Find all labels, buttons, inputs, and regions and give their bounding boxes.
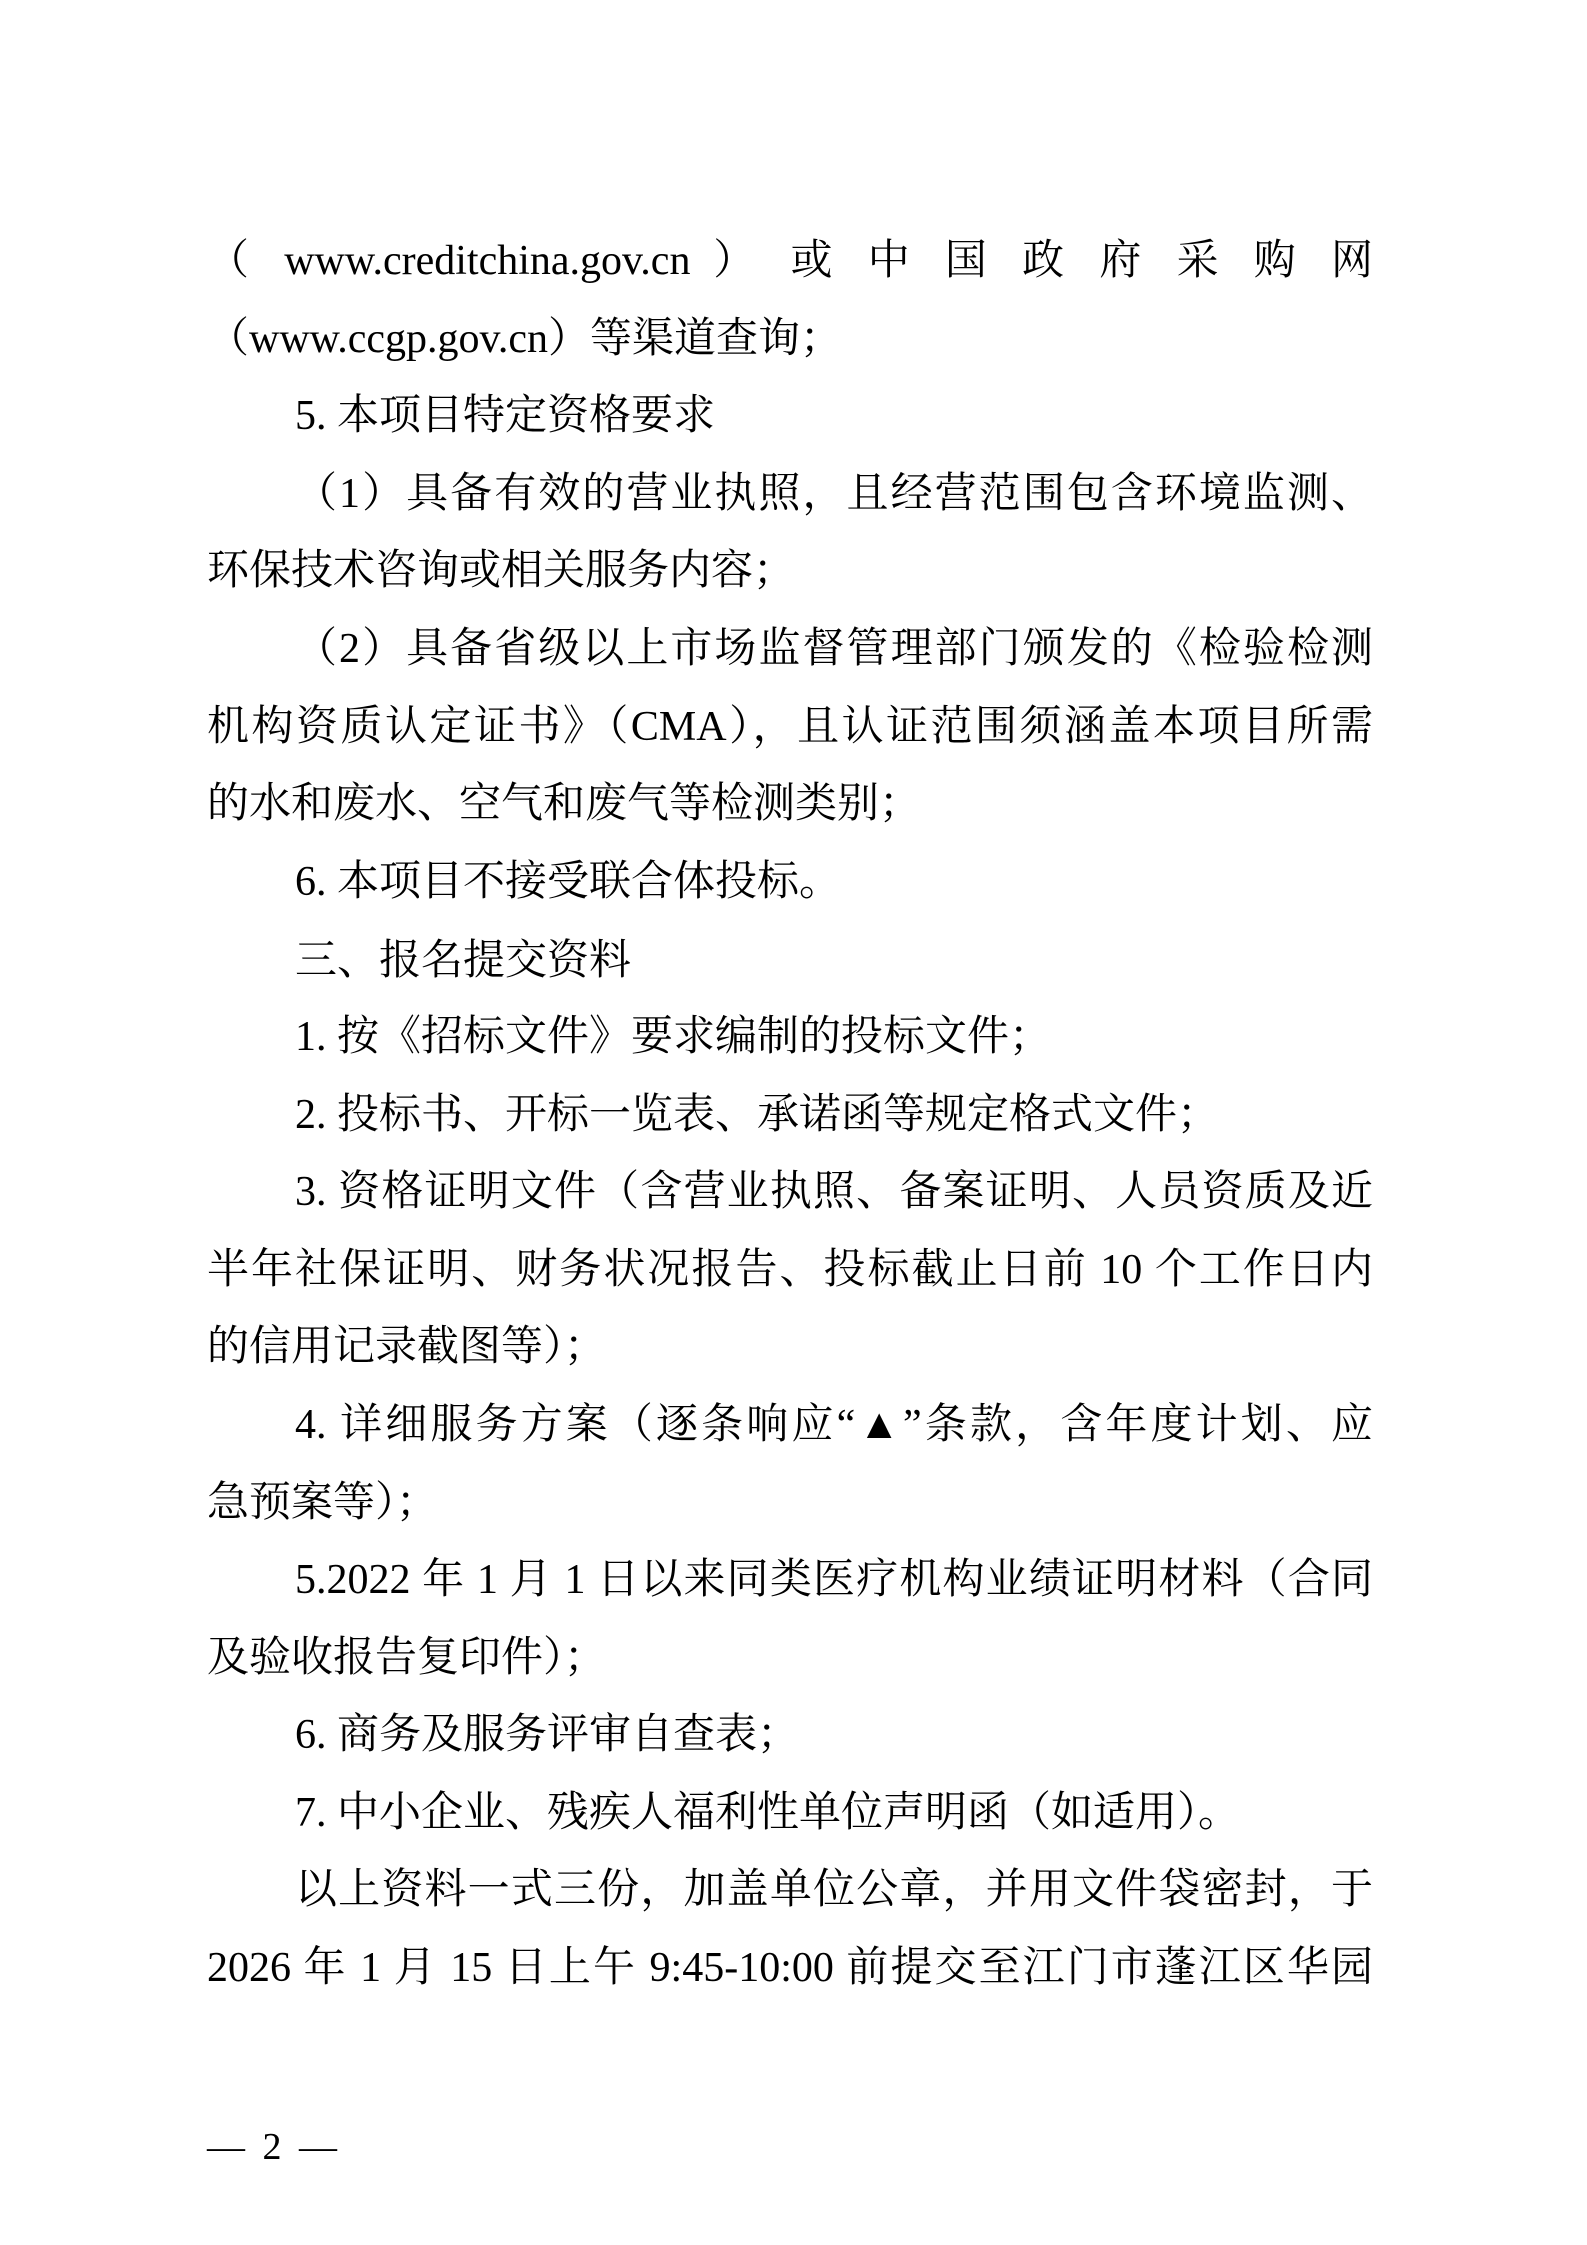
line-material5-continued: 及验收报告复印件）； — [207, 1620, 1373, 1698]
line-sub1-continued: 环保技术咨询或相关服务内容； — [207, 533, 1373, 611]
line-sub2-cma-certificate: （2）具备省级以上市场监督管理部门颁发的《检验检测 — [207, 611, 1373, 689]
line-sub2-continued-2: 的水和废水、空气和废气等检测类别； — [207, 766, 1373, 844]
line-material5-performance-proof: 5.2022 年 1 月 1 日以来同类医疗机构业绩证明材料（合同 — [207, 1542, 1373, 1620]
line-item6-no-consortium: 6. 本项目不接受联合体投标。 — [207, 844, 1373, 922]
line-submission-deadline: 2026 年 1 月 15 日上午 9:45-10:00 前提交至江门市蓬江区华… — [207, 1930, 1373, 2008]
line-material7-sme-declaration: 7. 中小企业、残疾人福利性单位声明函（如适用）。 — [207, 1775, 1373, 1853]
line-sub1-business-license: （1）具备有效的营业执照，且经营范围包含环境监测、 — [207, 456, 1373, 534]
section-heading-registration-materials: 三、报名提交资料 — [207, 921, 1373, 999]
line-ccgp-url: （www.ccgp.gov.cn）等渠道查询； — [207, 301, 1373, 379]
line-material6-self-check-form: 6. 商务及服务评审自查表； — [207, 1697, 1373, 1775]
document-page: （ www.creditchina.gov.cn ） 或 中 国 政 府 采 购… — [0, 0, 1587, 2245]
line-item5-specific-qualifications: 5. 本项目特定资格要求 — [207, 378, 1373, 456]
line-material1-bid-documents: 1. 按《招标文件》要求编制的投标文件； — [207, 999, 1373, 1077]
line-sub2-continued-1: 机构资质认定证书》（CMA），且认证范围须涵盖本项目所需 — [207, 689, 1373, 767]
line-submission-instruction: 以上资料一式三份，加盖单位公章，并用文件袋密封，于 — [207, 1852, 1373, 1930]
line-material4-continued: 急预案等）； — [207, 1465, 1373, 1543]
line-material3-continued-1: 半年社保证明、财务状况报告、投标截止日前 10 个工作日内 — [207, 1232, 1373, 1310]
line-material3-qualification-docs: 3. 资格证明文件（含营业执照、备案证明、人员资质及近 — [207, 1154, 1373, 1232]
document-body: （ www.creditchina.gov.cn ） 或 中 国 政 府 采 购… — [207, 223, 1373, 2008]
page-number: — 2 — — [207, 2122, 337, 2172]
line-creditchina-url: （ www.creditchina.gov.cn ） 或 中 国 政 府 采 购… — [207, 223, 1373, 301]
line-material2-bid-forms: 2. 投标书、开标一览表、承诺函等规定格式文件； — [207, 1077, 1373, 1155]
line-material4-service-plan: 4. 详细服务方案（逐条响应“▲”条款，含年度计划、应 — [207, 1387, 1373, 1465]
line-material3-continued-2: 的信用记录截图等）； — [207, 1309, 1373, 1387]
